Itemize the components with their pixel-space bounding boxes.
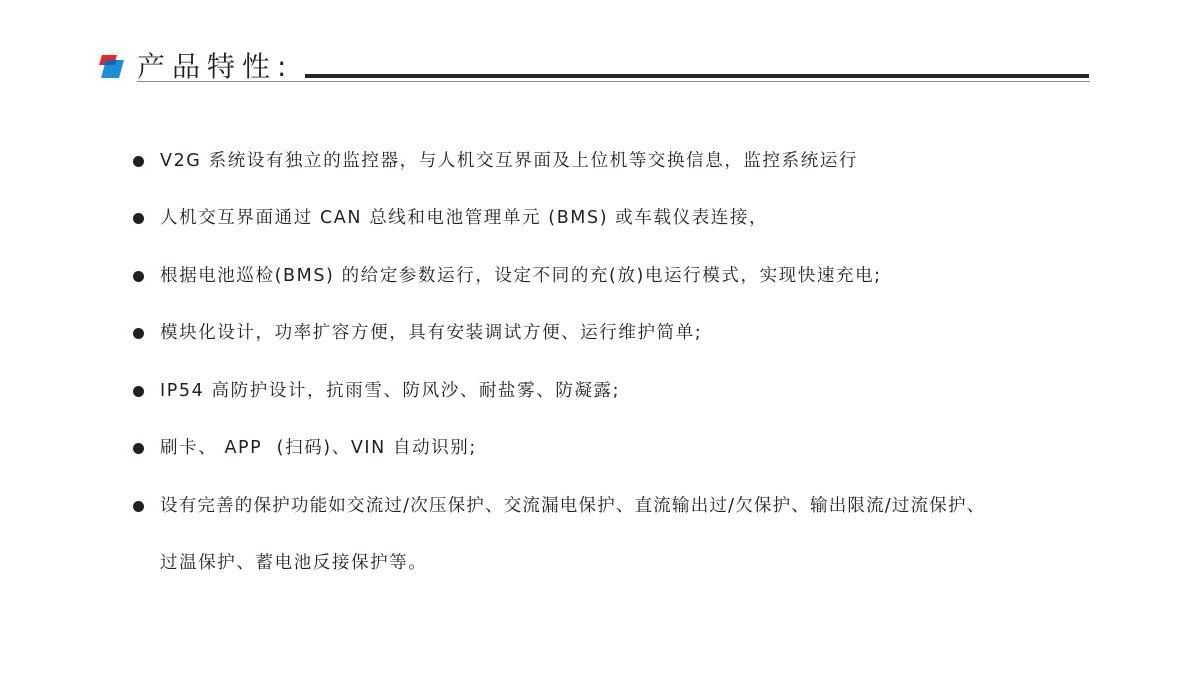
- feature-text: IP54 高防护设计，抗雨雪、防风沙、耐盐雾、防凝露;: [160, 378, 620, 404]
- bullet-icon: [133, 328, 144, 339]
- feature-continuation: 过温保护、蓄电池反接保护等。: [160, 550, 427, 576]
- bullet-icon: [133, 156, 144, 167]
- bullet-icon: [133, 501, 144, 512]
- feature-text: 根据电池巡检(BMS) 的给定参数运行，设定不同的充(放)电运行模式，实现快速充…: [160, 263, 882, 289]
- bullet-icon: [133, 443, 144, 454]
- feature-text: V2G 系统设有独立的监控器，与人机交互界面及上位机等交换信息，监控系统运行: [160, 148, 858, 174]
- feature-text: 模块化设计，功率扩容方便，具有安装调试方便、运行维护简单;: [160, 320, 702, 346]
- feature-text: 人机交互界面通过 CAN 总线和电池管理单元 (BMS) 或车载仪表连接，: [160, 205, 768, 231]
- bullet-icon: [133, 271, 144, 282]
- feature-list: V2G 系统设有独立的监控器，与人机交互界面及上位机等交换信息，监控系统运行 人…: [0, 0, 1201, 685]
- feature-text: 刷卡、 APP (扫码)、VIN 自动识别;: [160, 435, 477, 461]
- bullet-icon: [133, 386, 144, 397]
- feature-text: 设有完善的保护功能如交流过/次压保护、交流漏电保护、直流输出过/欠保护、输出限流…: [160, 493, 985, 519]
- bullet-icon: [133, 213, 144, 224]
